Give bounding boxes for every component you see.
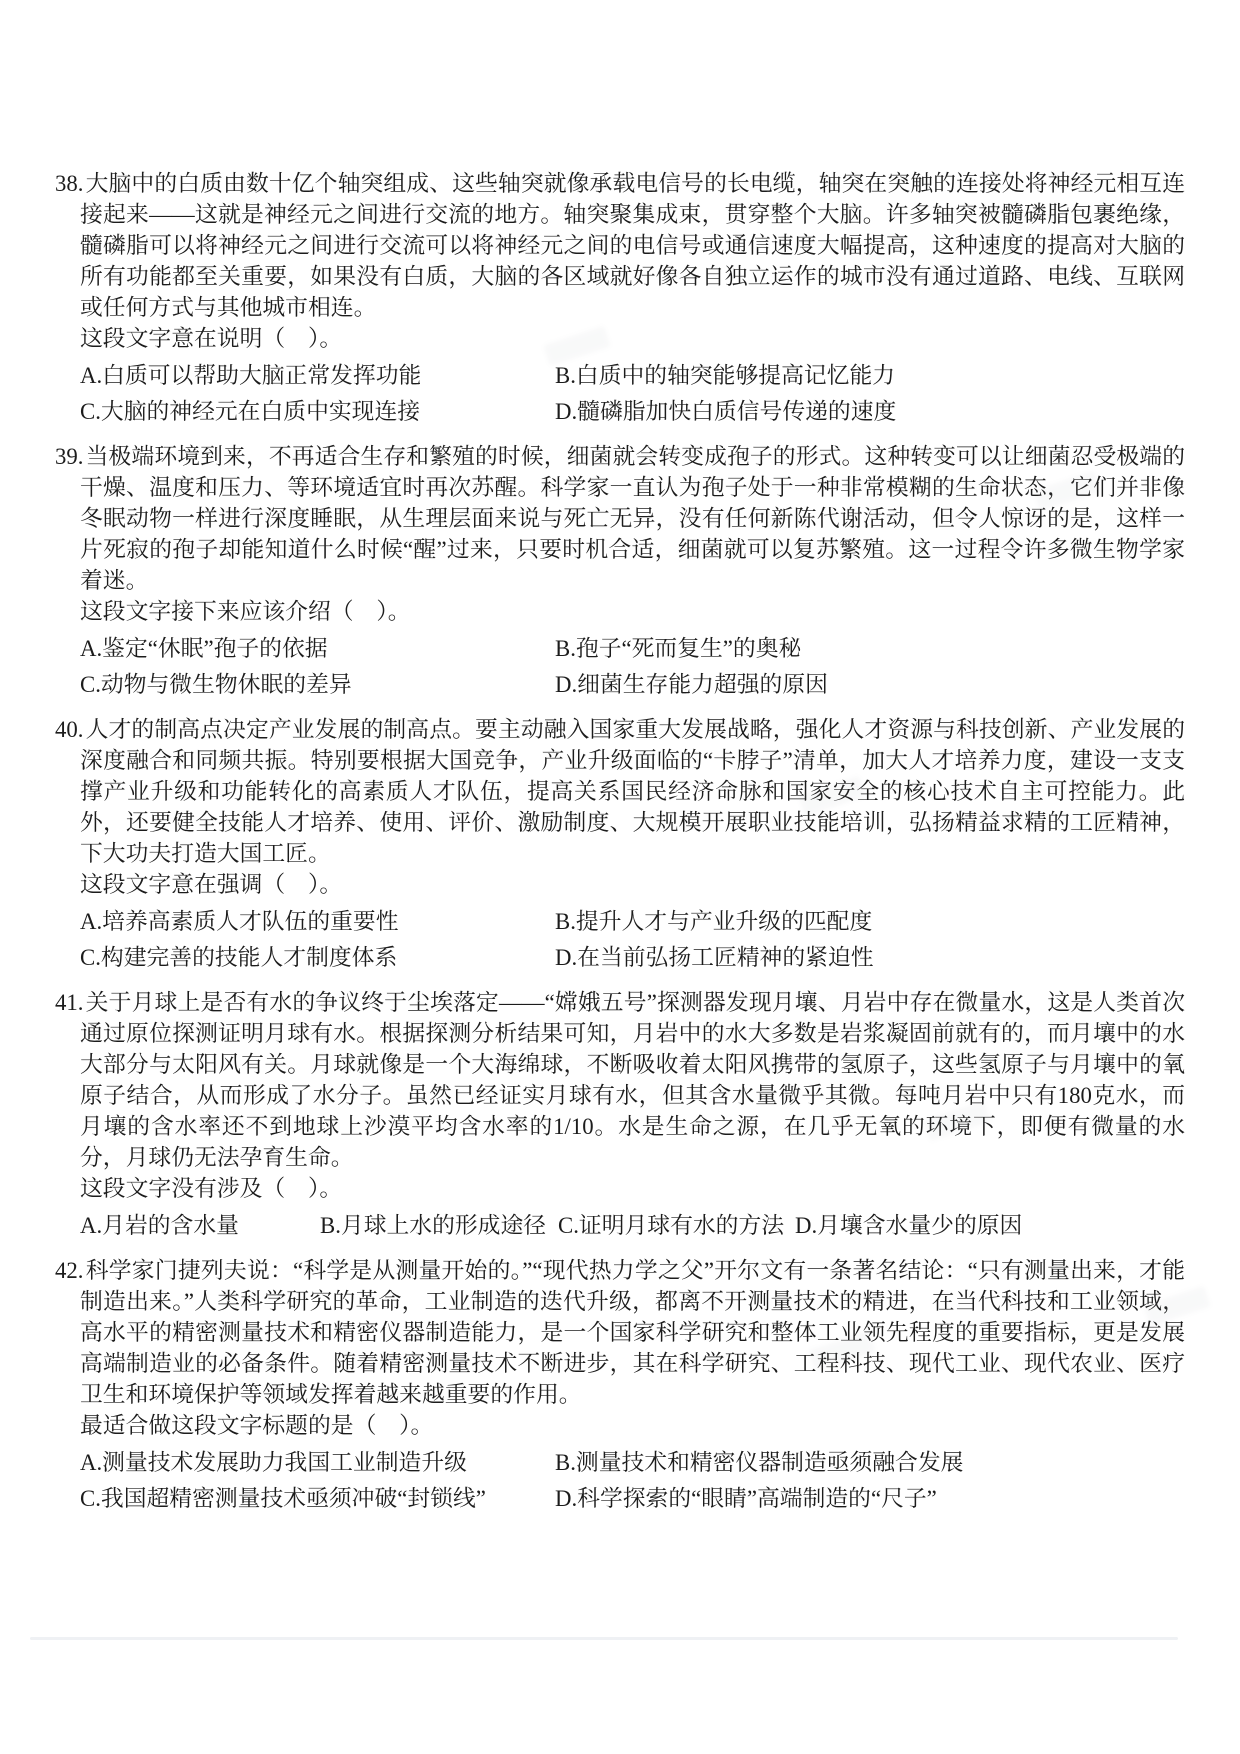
options-grid: A.白质可以帮助大脑正常发挥功能 B.白质中的轴突能够提高记忆能力 C.大脑的神… xyxy=(80,360,1185,427)
question-number: 41. xyxy=(55,990,86,1015)
question-number: 42. xyxy=(55,1258,86,1283)
question-prompt: 这段文字意在说明（ ）。 xyxy=(80,323,1185,354)
options-grid: A.月岩的含水量 B.月球上水的形成途径 C.证明月球有水的方法 D.月壤含水量… xyxy=(80,1210,1185,1241)
option-c: C.构建完善的技能人才制度体系 xyxy=(80,942,555,973)
option-c: C.证明月球有水的方法 xyxy=(558,1210,795,1241)
option-b: B.提升人才与产业升级的匹配度 xyxy=(555,906,1185,937)
question-41: 41.关于月球上是否有水的争议终于尘埃落定——“嫦娥五号”探测器发现月壤、月岩中… xyxy=(80,987,1185,1241)
option-c: C.我国超精密测量技术亟须冲破“封锁线” xyxy=(80,1483,555,1514)
option-a: A.月岩的含水量 xyxy=(80,1210,320,1241)
question-passage: 科学家门捷列夫说：“科学是从测量开始的。”“现代热力学之父”开尔文有一条著名结论… xyxy=(80,1258,1185,1407)
question-number: 38. xyxy=(55,171,86,196)
option-a: A.测量技术发展助力我国工业制造升级 xyxy=(80,1447,555,1478)
option-b: B.月球上水的形成途径 xyxy=(320,1210,558,1241)
question-passage: 大脑中的白质由数十亿个轴突组成、这些轴突就像承载电信号的长电缆，轴突在突触的连接… xyxy=(80,171,1185,320)
option-d: D.在当前弘扬工匠精神的紧迫性 xyxy=(555,942,1185,973)
options-grid: A.培养高素质人才队伍的重要性 B.提升人才与产业升级的匹配度 C.构建完善的技… xyxy=(80,906,1185,973)
option-b: B.测量技术和精密仪器制造亟须融合发展 xyxy=(555,1447,1185,1478)
option-b: B.白质中的轴突能够提高记忆能力 xyxy=(555,360,1185,391)
question-39: 39.当极端环境到来，不再适合生存和繁殖的时候，细菌就会转变成孢子的形式。这种转… xyxy=(80,441,1185,700)
question-prompt: 最适合做这段文字标题的是（ ）。 xyxy=(80,1410,1185,1441)
question-prompt: 这段文字意在强调（ ）。 xyxy=(80,869,1185,900)
exam-page: 38.大脑中的白质由数十亿个轴突组成、这些轴突就像承载电信号的长电缆，轴突在突触… xyxy=(0,0,1240,1514)
options-grid: A.鉴定“休眠”孢子的依据 B.孢子“死而复生”的奥秘 C.动物与微生物休眠的差… xyxy=(80,633,1185,700)
option-d: D.科学探索的“眼睛”高端制造的“尺子” xyxy=(555,1483,1185,1514)
question-passage: 人才的制高点决定产业发展的制高点。要主动融入国家重大发展战略，强化人才资源与科技… xyxy=(80,717,1185,866)
question-prompt: 这段文字接下来应该介绍（ ）。 xyxy=(80,596,1185,627)
option-b: B.孢子“死而复生”的奥秘 xyxy=(555,633,1185,664)
options-grid: A.测量技术发展助力我国工业制造升级 B.测量技术和精密仪器制造亟须融合发展 C… xyxy=(80,1447,1185,1514)
option-c: C.大脑的神经元在白质中实现连接 xyxy=(80,396,555,427)
question-prompt: 这段文字没有涉及（ ）。 xyxy=(80,1173,1185,1204)
option-a: A.鉴定“休眠”孢子的依据 xyxy=(80,633,555,664)
page-bottom-divider xyxy=(30,1637,1178,1640)
question-40: 40.人才的制高点决定产业发展的制高点。要主动融入国家重大发展战略，强化人才资源… xyxy=(80,714,1185,973)
question-passage: 关于月球上是否有水的争议终于尘埃落定——“嫦娥五号”探测器发现月壤、月岩中存在微… xyxy=(80,990,1185,1170)
option-d: D.细菌生存能力超强的原因 xyxy=(555,669,1185,700)
question-38: 38.大脑中的白质由数十亿个轴突组成、这些轴突就像承载电信号的长电缆，轴突在突触… xyxy=(80,168,1185,427)
question-number: 40. xyxy=(55,717,86,742)
option-d: D.髓磷脂加快白质信号传递的速度 xyxy=(555,396,1185,427)
option-a: A.白质可以帮助大脑正常发挥功能 xyxy=(80,360,555,391)
option-a: A.培养高素质人才队伍的重要性 xyxy=(80,906,555,937)
question-42: 42.科学家门捷列夫说：“科学是从测量开始的。”“现代热力学之父”开尔文有一条著… xyxy=(80,1255,1185,1514)
option-c: C.动物与微生物休眠的差异 xyxy=(80,669,555,700)
question-number: 39. xyxy=(55,444,86,469)
question-passage: 当极端环境到来，不再适合生存和繁殖的时候，细菌就会转变成孢子的形式。这种转变可以… xyxy=(80,444,1185,593)
option-d: D.月壤含水量少的原因 xyxy=(795,1210,1185,1241)
